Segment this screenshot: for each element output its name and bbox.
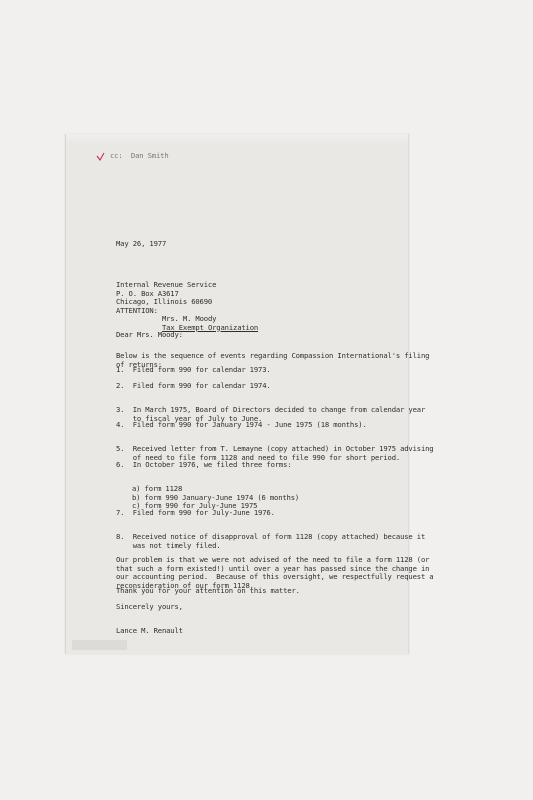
closing: Sincerely yours, xyxy=(116,603,183,611)
salutation: Dear Mrs. Moody: xyxy=(116,331,183,339)
intro-line: Below is the sequence of events regardin… xyxy=(116,352,429,360)
item-text: Filed form 990 for January 1974 - June 1… xyxy=(133,420,367,429)
item-1: 1. Filed form 990 for calendar 1973. xyxy=(116,366,271,374)
cc-label: cc: xyxy=(110,151,123,160)
thanks-line: Thank you for your attention on this mat… xyxy=(116,587,300,595)
item-text: Filed form 990 for calendar 1973. xyxy=(133,365,271,374)
item-text: Filed form 990 for calendar 1974. xyxy=(133,381,271,390)
letter-date: May 26, 1977 xyxy=(116,240,166,248)
paper-tape-strip xyxy=(72,640,127,650)
item-6: 6. In October 1976, we filed three forms… xyxy=(116,461,291,469)
item-text: In October 1976, we filed three forms: xyxy=(133,460,292,469)
item-number: 4. xyxy=(116,420,124,429)
item-7: 7. Filed form 990 for July-June 1976. xyxy=(116,509,275,517)
item-number: 6. xyxy=(116,460,124,469)
item-2: 2. Filed form 990 for calendar 1974. xyxy=(116,382,271,390)
item-text: Filed form 990 for July-June 1976. xyxy=(133,508,275,517)
item-4: 4. Filed form 990 for January 1974 - Jun… xyxy=(116,421,367,429)
attention-label: ATTENTION: xyxy=(116,307,158,315)
item-number: 7. xyxy=(116,508,124,517)
item-number: 2. xyxy=(116,381,124,390)
cc-line: cc: Dan Smith xyxy=(110,152,169,160)
item-number: 1. xyxy=(116,365,124,374)
cc-name: Dan Smith xyxy=(131,151,169,160)
signature-name: Lance M. Renault xyxy=(116,627,183,635)
